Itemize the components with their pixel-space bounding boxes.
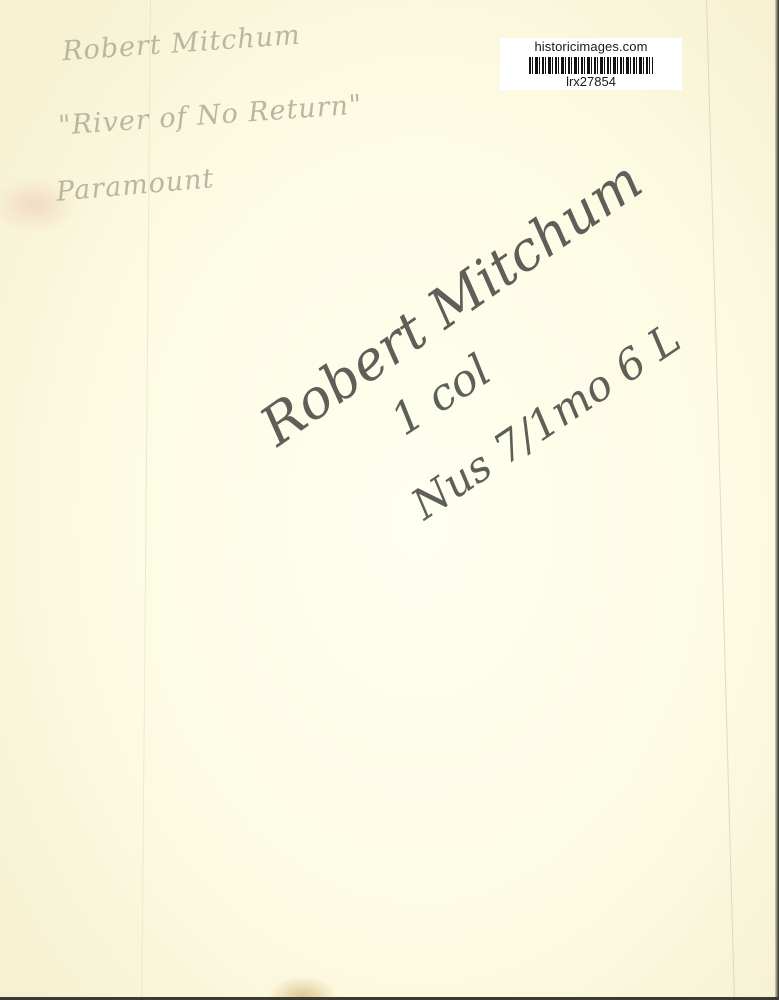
barcode-label: historicimages.com lrx27854 (500, 38, 682, 90)
barcode-icon (529, 57, 653, 74)
label-site: historicimages.com (500, 40, 682, 54)
photo-back-paper (0, 0, 779, 1000)
scan-edge-right (775, 0, 779, 1000)
label-code: lrx27854 (500, 75, 682, 89)
